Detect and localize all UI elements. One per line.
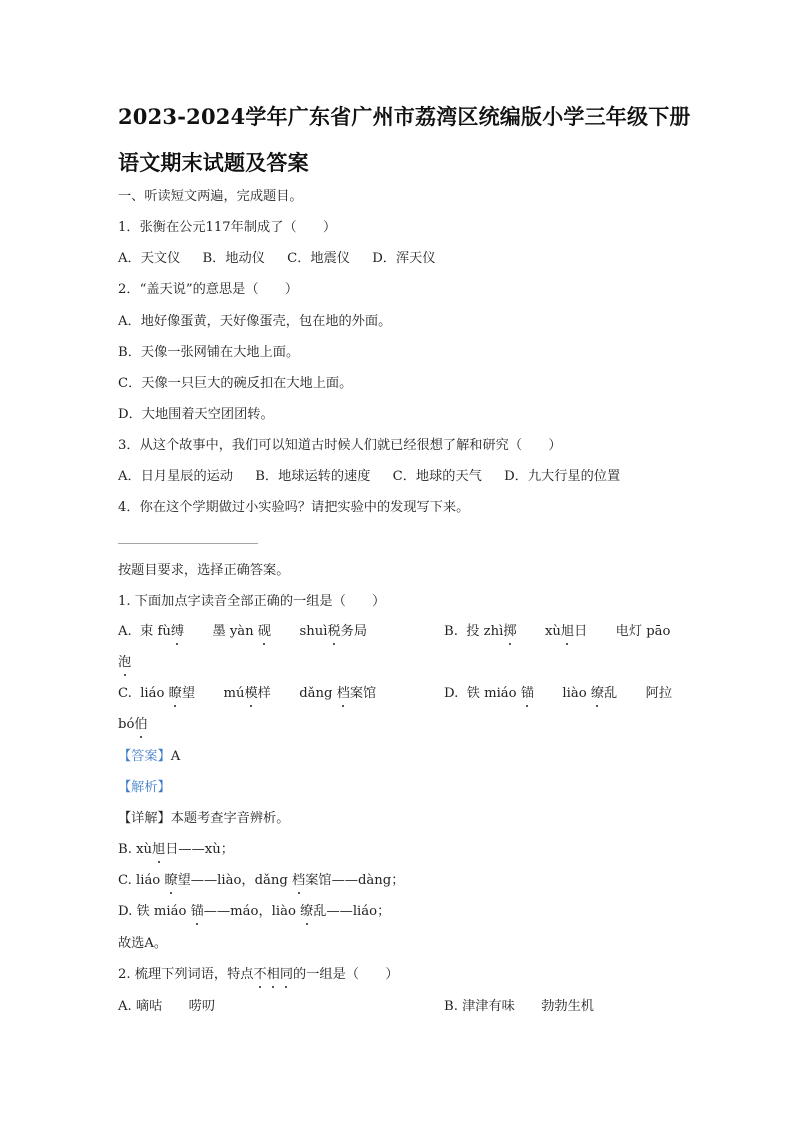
s2-q1-option-d-wrap: bó伯 [118, 716, 148, 734]
answer-value: A [171, 749, 181, 764]
answer-line: 【答案】A [118, 748, 180, 766]
s2-q2-stem: 2. 梳理下列词语，特点不相同的一组是（ ） [118, 966, 399, 984]
section2-heading: 按题目要求，选择正确答案。 [118, 562, 289, 580]
s1-q3-option-d: D．九大行星的位置 [504, 469, 620, 484]
s2-q1-option-c: C. liáo 瞭望 mú模样 dǎng 档案馆 [118, 685, 376, 703]
document-title-line1: 2023-2024学年广东省广州市荔湾区统编版小学三年级下册 [118, 101, 691, 131]
section-divider [118, 543, 258, 544]
analysis-label: 【解析】 [118, 780, 171, 795]
section1-heading: 一、听读短文两遍，完成题目。 [118, 188, 303, 206]
s1-q1-option-c: C．地震仪 [287, 251, 350, 266]
document-title-line2: 语文期末试题及答案 [118, 147, 309, 177]
s1-q1-option-a: A．天文仪 [118, 251, 180, 266]
document-page: 2023-2024学年广东省广州市荔湾区统编版小学三年级下册 语文期末试题及答案… [0, 0, 793, 1122]
s1-q2-option-b: B．天像一张网铺在大地上面。 [118, 344, 299, 362]
s1-q2-option-c: C．天像一只巨大的碗反扣在大地上面。 [118, 375, 352, 393]
s1-q2-option-a: A．地好像蛋黄，天好像蛋壳，包在地的外面。 [118, 313, 391, 331]
s1-q3-stem: 3．从这个故事中，我们可以知道古时候人们就已经很想了解和研究（ ） [118, 437, 562, 455]
detail-line: 【详解】本题考查字音辨析。 [118, 810, 289, 828]
s1-q3-option-c: C．地球的天气 [393, 469, 482, 484]
s2-q1-stem: 1. 下面加点字读音全部正确的一组是（ ） [118, 593, 385, 611]
s1-q3-option-b: B．地球运转的速度 [255, 469, 370, 484]
s2-q2-option-a: A. 嘀咕 唠叨 [118, 998, 215, 1016]
detail-text: 本题考查字音辨析。 [171, 811, 290, 826]
s1-q1-option-d: D．浑天仪 [372, 251, 435, 266]
s2-q2-option-b: B. 津津有味 勃勃生机 [444, 998, 594, 1016]
detail-label: 【详解】 [118, 811, 171, 826]
analysis-line: 【解析】 [118, 779, 171, 797]
detail-b: B. xù旭日——xù； [118, 841, 234, 859]
answer-label: 【答案】 [118, 749, 171, 764]
s2-q1-option-b-wrap: 泡 [118, 654, 131, 672]
s1-q1-stem: 1．张衡在公元117年制成了（ ） [118, 219, 336, 237]
s1-q4-stem: 4．你在这个学期做过小实验吗？请把实验中的发现写下来。 [118, 499, 469, 517]
s1-q1-options: A．天文仪 B．地动仪 C．地震仪 D．浑天仪 [118, 250, 436, 268]
s1-q1-option-b: B．地动仪 [202, 251, 264, 266]
detail-d: D. 铁 miáo 锚——máo，liào 缭乱——liáo； [118, 903, 390, 921]
s2-q1-option-d: D. 铁 miáo 锚 liào 缭乱 阿拉 [444, 685, 672, 703]
s1-q3-options: A．日月星辰的运动 B．地球运转的速度 C．地球的天气 D．九大行星的位置 [118, 468, 620, 486]
s2-q1-option-a: A. 束 fù缚 墨 yàn 砚 shuì税务局 [118, 623, 367, 641]
s1-q3-option-a: A．日月星辰的运动 [118, 469, 233, 484]
s1-q2-stem: 2．“盖天说”的意思是（ ） [118, 281, 298, 299]
s1-q2-option-d: D．大地围着天空团团转。 [118, 406, 274, 424]
conclusion: 故选A。 [118, 935, 167, 953]
detail-c: C. liáo 瞭望——liào，dǎng 档案馆——dàng； [118, 872, 404, 890]
s2-q1-option-b: B. 投 zhì掷 xù旭日 电灯 pāo [444, 623, 670, 641]
